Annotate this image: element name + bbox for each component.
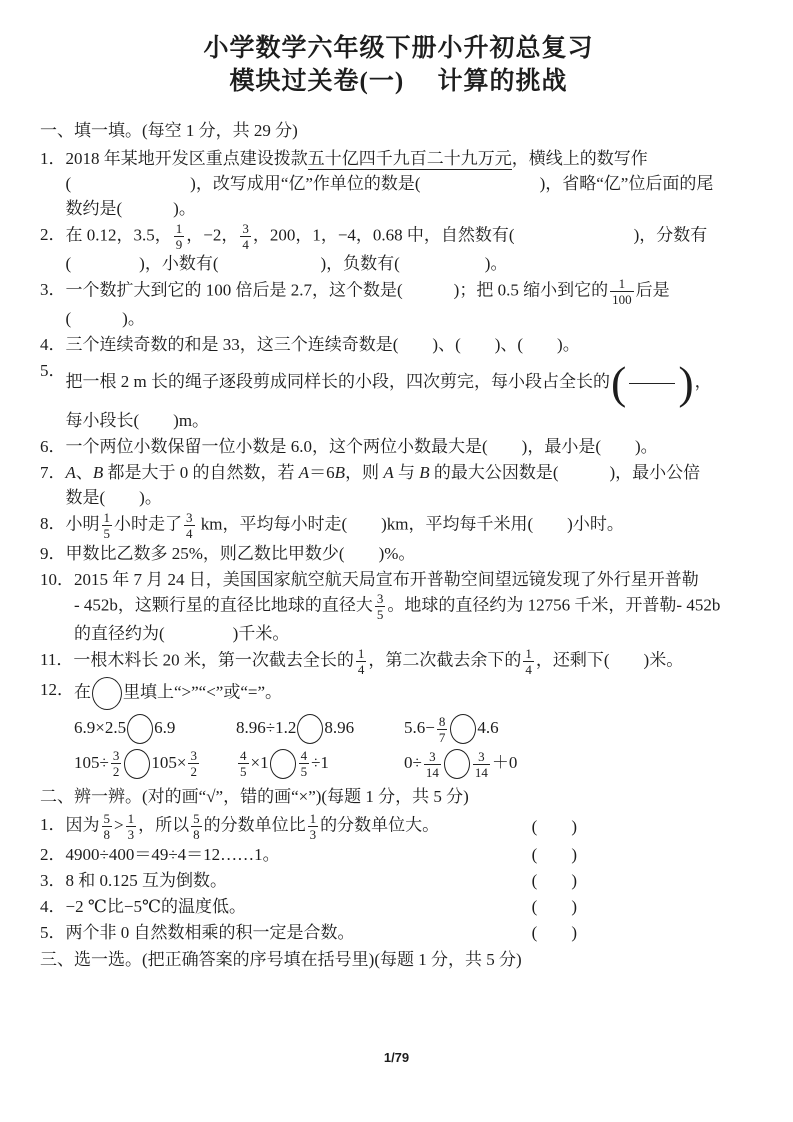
numerator: 1 [308,812,319,826]
question: 12．在里填上“>”“<”或“=”。6.9×2.56.98.96÷1.28.96… [40,677,757,782]
question: 1．2018 年某地开发区重点建设拨款五十亿四千九百二十九万元，横线上的数写作(… [40,146,757,221]
question-line: ( )。 [66,306,758,331]
comparison-circle [92,677,122,710]
judge-row: 4900÷400＝49÷4＝12……1。( ) [66,842,758,867]
question-body: 8 和 0.125 互为倒数。( ) [66,868,758,893]
comparison-row: 105÷32105×3245×145÷10÷314314＋0 [74,748,757,779]
fraction: 32 [111,749,122,778]
denominator: 4 [184,525,195,540]
numerator: 1 [356,647,367,661]
question-number: 10． [40,567,74,592]
fraction: 58 [191,812,202,841]
denominator: 5 [102,525,113,540]
question: 10．2015 年 7 月 24 日，美国国家航空航天局宣布开普勒空间望远镜发现… [40,567,757,646]
numerator: 1 [523,647,534,661]
section-fill: 一、填一填。(每空 1 分，共 29 分)1．2018 年某地开发区重点建设拨款… [40,118,757,782]
question: 4．−2 ℃比−5℃的温度低。( ) [40,894,757,919]
question-line: 在里填上“>”“<”或“=”。 [74,677,757,710]
question-line: 小明15小时走了34 km，平均每小时走( )km，平均每千米用( )小时。 [66,511,758,540]
question-body: 两个非 0 自然数相乘的积一定是合数。( ) [66,920,758,945]
answer-blank: ( ) [532,920,577,945]
question-number: 1． [40,812,66,837]
question-body: 一个数扩大到它的 100 倍后是 2.7，这个数是( )；把 0.5 缩小到它的… [66,277,758,331]
comparison-row: 6.9×2.56.98.96÷1.28.965.6−874.6 [74,714,757,744]
fraction-blank-bar [629,383,675,384]
question: 3．一个数扩大到它的 100 倍后是 2.7，这个数是( )；把 0.5 缩小到… [40,277,757,331]
fraction: 87 [437,715,448,744]
answer-blank: ( ) [532,842,577,867]
question-body: 在里填上“>”“<”或“=”。6.9×2.56.98.96÷1.28.965.6… [74,677,757,782]
denominator: 8 [102,826,113,841]
question-body: 把一根 2 m 长的绳子逐段剪成同样长的小段，四次剪完，每小段占全长的()，每小… [66,358,758,433]
numerator: 4 [299,749,310,763]
judge-text: −2 ℃比−5℃的温度低。 [66,894,246,919]
question-number: 3． [40,868,66,893]
variable: A [66,463,76,482]
fraction: 35 [375,592,386,621]
question-number: 2． [40,222,66,247]
question-number: 6． [40,434,66,459]
numerator: 1 [102,511,113,525]
comparison-circle [444,749,470,779]
comparison-expression: 6.9×2.56.9 [74,714,236,744]
answer-blank: ( ) [532,814,577,839]
fraction: 314 [424,750,441,779]
fraction: 13 [126,812,137,841]
denominator: 2 [111,763,122,778]
comparison-circle [270,749,296,779]
question-line: - 452b，这颗行星的直径比地球的直径大35。地球的直径约为 12756 千米… [74,592,757,621]
question-number: 8． [40,511,66,536]
numerator: 3 [184,511,195,525]
judge-row: 8 和 0.125 互为倒数。( ) [66,868,758,893]
answer-blank: ( ) [532,894,577,919]
fraction: 32 [188,749,199,778]
comparison-circle [450,714,476,744]
variable: B [93,463,103,482]
exam-sections: 一、填一填。(每空 1 分，共 29 分)1．2018 年某地开发区重点建设拨款… [40,118,757,973]
comparison-expression: 5.6−874.6 [404,714,499,744]
judge-text: 8 和 0.125 互为倒数。 [66,868,228,893]
exam-content: 小学数学六年级下册小升初总复习 模块过关卷(一) 计算的挑战 一、填一填。(每空… [0,0,793,973]
numerator: 3 [240,222,251,236]
question-body: 甲数比乙数多 25%，则乙数比甲数少( )%。 [66,541,758,566]
question-line: 把一根 2 m 长的绳子逐段剪成同样长的小段，四次剪完，每小段占全长的()， [66,358,758,408]
section-heading: 三、选一选。(把正确答案的序号填在括号里)(每题 1 分，共 5 分) [40,947,757,973]
question-body: 一根木料长 20 米，第一次截去全长的14，第二次截去余下的14，还剩下( )米… [73,647,757,676]
question-body: 2015 年 7 月 24 日，美国国家航空航天局宣布开普勒空间望远镜发现了外行… [74,567,757,646]
fraction: 314 [473,750,490,779]
question-number: 4． [40,332,66,357]
question-number: 11． [40,647,73,672]
denominator: 4 [356,661,367,676]
question: 5．两个非 0 自然数相乘的积一定是合数。( ) [40,920,757,945]
denominator: 2 [188,763,199,778]
question: 4．三个连续奇数的和是 33，这三个连续奇数是( )、( )、( )。 [40,332,757,357]
question-line: 甲数比乙数多 25%，则乙数比甲数少( )%。 [66,541,758,566]
question: 9．甲数比乙数多 25%，则乙数比甲数少( )%。 [40,541,757,566]
section-heading: 二、辨一辨。(对的画“√”，错的画“×”)(每题 1 分，共 5 分) [40,784,757,810]
variable: B [419,463,429,482]
section-judge: 二、辨一辨。(对的画“√”，错的画“×”)(每题 1 分，共 5 分)1．因为5… [40,784,757,945]
question-line: 在 0.12，3.5，19，−2，34，200，1，−4，0.68 中，自然数有… [66,222,758,251]
question: 6．一个两位小数保留一位小数是 6.0，这个两位小数最大是( )，最小是( )。 [40,434,757,459]
question: 2．4900÷400＝49÷4＝12……1。( ) [40,842,757,867]
judge-text: 因为58>13，所以58的分数单位比13的分数单位大。 [66,812,440,841]
question: 3．8 和 0.125 互为倒数。( ) [40,868,757,893]
question-line: 2015 年 7 月 24 日，美国国家航空航天局宣布开普勒空间望远镜发现了外行… [74,567,757,592]
question-line: ( )，小数有( )，负数有( )。 [66,251,758,276]
section-heading: 一、填一填。(每空 1 分，共 29 分) [40,118,757,144]
comparison-expression: 105÷32105×32 [74,749,236,779]
denominator: 14 [473,764,490,779]
numerator: 5 [191,812,202,826]
question: 5．把一根 2 m 长的绳子逐段剪成同样长的小段，四次剪完，每小段占全长的()，… [40,358,757,433]
exam-title: 小学数学六年级下册小升初总复习 [40,32,757,65]
numerator: 4 [238,749,249,763]
question-line: 2018 年某地开发区重点建设拨款五十亿四千九百二十九万元，横线上的数写作 [66,146,758,171]
question-line: 的直径约为( )千米。 [74,621,757,646]
denominator: 8 [191,826,202,841]
exam-subtitle: 模块过关卷(一) 计算的挑战 [40,65,757,98]
question-body: 4900÷400＝49÷4＝12……1。( ) [66,842,758,867]
numerator: 3 [375,592,386,606]
question-number: 12． [40,677,74,702]
underlined-phrase: 五十亿四千九百二十九万元 [308,149,512,170]
comparison-circle [127,714,153,744]
question-body: A、B 都是大于 0 的自然数，若 A＝6B，则 A 与 B 的最大公因数是( … [66,460,758,510]
answer-blank: ( ) [532,868,577,893]
question-number: 4． [40,894,66,919]
denominator: 3 [126,826,137,841]
question-body: 2018 年某地开发区重点建设拨款五十亿四千九百二十九万元，横线上的数写作( )… [66,146,758,221]
question-body: 在 0.12，3.5，19，−2，34，200，1，−4，0.68 中，自然数有… [66,222,758,276]
question-number: 3． [40,277,66,302]
numerator: 3 [427,750,438,764]
fraction: 58 [102,812,113,841]
denominator: 4 [240,236,251,251]
fraction: 13 [308,812,319,841]
fraction: 45 [238,749,249,778]
fraction: 14 [356,647,367,676]
question-line: ( )，改写成用“亿”作单位的数是( )，省略“亿”位后面的尾 [66,171,758,196]
question-body: 三个连续奇数的和是 33，这三个连续奇数是( )、( )、( )。 [66,332,758,357]
numerator: 3 [188,749,199,763]
question: 7．A、B 都是大于 0 的自然数，若 A＝6B，则 A 与 B 的最大公因数是… [40,460,757,510]
page-footer: 1/79 [0,1050,793,1065]
question-line: 三个连续奇数的和是 33，这三个连续奇数是( )、( )、( )。 [66,332,758,357]
numerator: 8 [437,715,448,729]
denominator: 100 [610,291,634,306]
question-body: 小明15小时走了34 km，平均每小时走( )km，平均每千米用( )小时。 [66,511,758,540]
numerator: 5 [102,812,113,826]
fraction: 34 [240,222,251,251]
variable: A [299,463,309,482]
denominator: 5 [238,763,249,778]
judge-row: −2 ℃比−5℃的温度低。( ) [66,894,758,919]
judge-text: 4900÷400＝49÷4＝12……1。 [66,842,280,867]
denominator: 14 [424,764,441,779]
question-number: 9． [40,541,66,566]
question-body: 一个两位小数保留一位小数是 6.0，这个两位小数最大是( )，最小是( )。 [66,434,758,459]
comparison-expression: 45×145÷1 [236,749,404,779]
numerator: 1 [126,812,137,826]
question-number: 5． [40,358,66,383]
question-line: 数是( )。 [66,485,758,510]
question-line: A、B 都是大于 0 的自然数，若 A＝6B，则 A 与 B 的最大公因数是( … [66,460,758,485]
judge-row: 因为58>13，所以58的分数单位比13的分数单位大。( ) [66,812,758,841]
denominator: 5 [299,763,310,778]
fraction: 1100 [610,277,634,306]
fraction: 14 [523,647,534,676]
fraction: 19 [174,222,185,251]
question-body: 因为58>13，所以58的分数单位比13的分数单位大。( ) [66,812,758,841]
comparison-expression: 0÷314314＋0 [404,748,517,779]
question: 11．一根木料长 20 米，第一次截去全长的14，第二次截去余下的14，还剩下(… [40,647,757,676]
section-choice: 三、选一选。(把正确答案的序号填在括号里)(每题 1 分，共 5 分) [40,947,757,973]
question-line: 一个两位小数保留一位小数是 6.0，这个两位小数最大是( )，最小是( )。 [66,434,758,459]
question-number: 5． [40,920,66,945]
blank-fraction: () [611,358,694,408]
denominator: 5 [375,606,386,621]
question-number: 7． [40,460,66,485]
question-line: 一个数扩大到它的 100 倍后是 2.7，这个数是( )；把 0.5 缩小到它的… [66,277,758,306]
denominator: 4 [523,661,534,676]
denominator: 7 [437,729,448,744]
numerator: 3 [476,750,487,764]
question-line: 数约是( )。 [66,196,758,221]
variable: A [383,463,393,482]
big-paren-right: ) [678,359,693,407]
question: 8．小明15小时走了34 km，平均每小时走( )km，平均每千米用( )小时。 [40,511,757,540]
question-number: 1． [40,146,66,171]
question-line: 每小段长( )m。 [66,408,758,433]
numerator: 1 [174,222,185,236]
denominator: 3 [308,826,319,841]
big-paren-left: ( [611,359,626,407]
comparison-circle [297,714,323,744]
question-line: 一根木料长 20 米，第一次截去全长的14，第二次截去余下的14，还剩下( )米… [73,647,757,676]
question-number: 2． [40,842,66,867]
exam-page: { "colors": {"text": "#1d1d1d", "backgro… [0,0,793,1122]
judge-row: 两个非 0 自然数相乘的积一定是合数。( ) [66,920,758,945]
fraction: 34 [184,511,195,540]
comparison-expression: 8.96÷1.28.96 [236,714,404,744]
question: 1．因为58>13，所以58的分数单位比13的分数单位大。( ) [40,812,757,841]
variable: B [335,463,345,482]
numerator: 1 [617,277,628,291]
fraction: 45 [299,749,310,778]
fraction: 15 [102,511,113,540]
judge-text: 两个非 0 自然数相乘的积一定是合数。 [66,920,355,945]
denominator: 9 [174,236,185,251]
numerator: 3 [111,749,122,763]
question-body: −2 ℃比−5℃的温度低。( ) [66,894,758,919]
question: 2．在 0.12，3.5，19，−2，34，200，1，−4，0.68 中，自然… [40,222,757,276]
comparison-circle [124,749,150,779]
